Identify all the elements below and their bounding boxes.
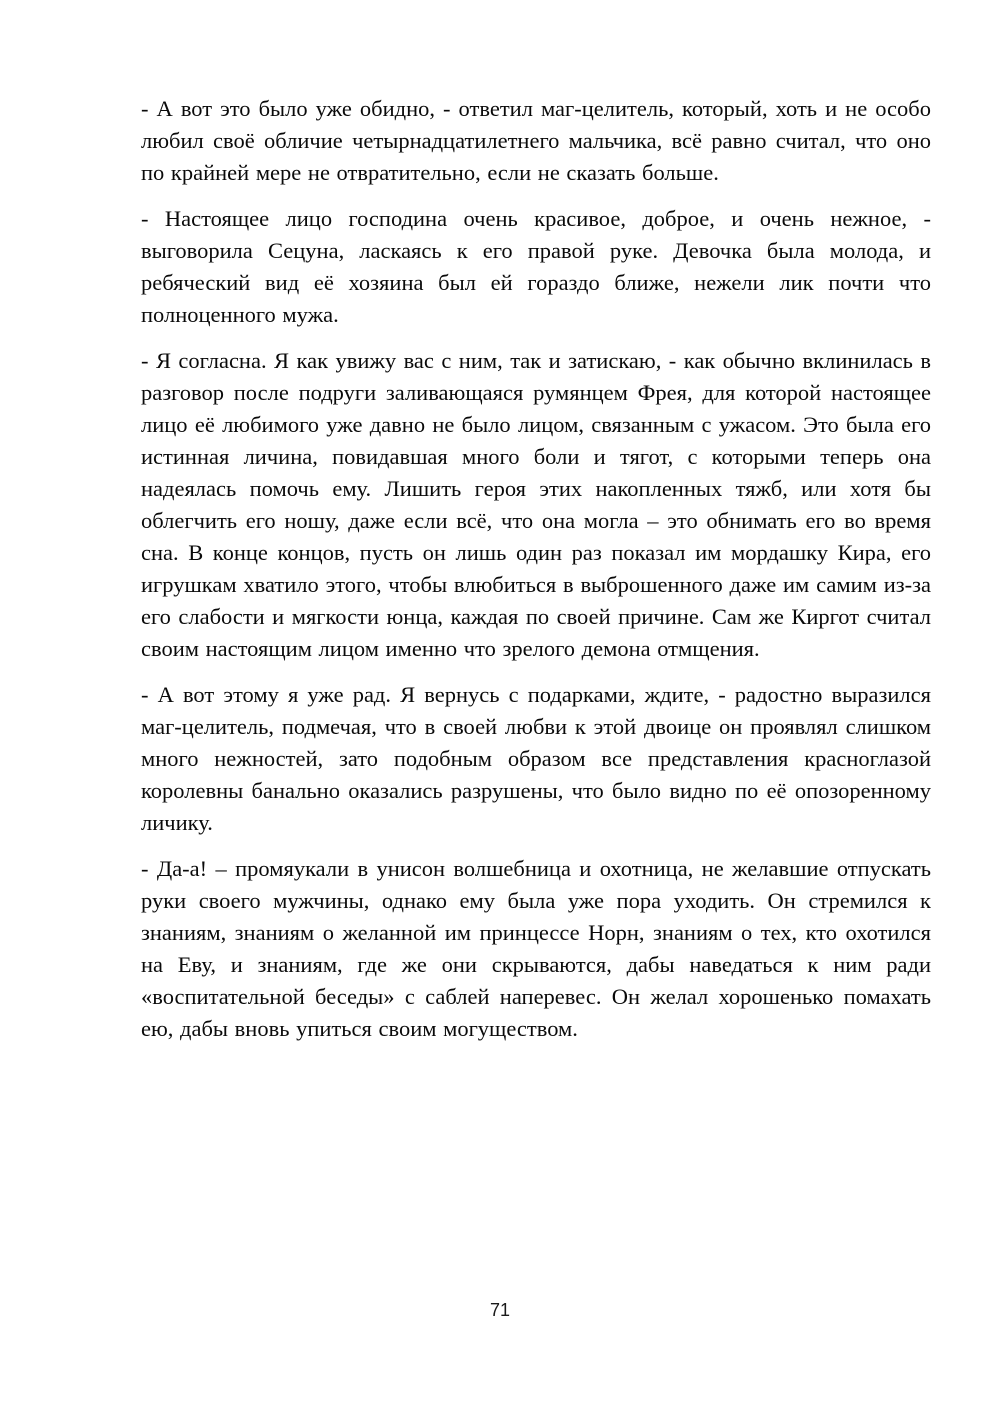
document-page: - А вот это было уже обидно, - ответил м… <box>0 0 1000 1414</box>
paragraph: - А вот этому я уже рад. Я вернусь с под… <box>141 679 931 839</box>
text-content: - А вот это было уже обидно, - ответил м… <box>141 93 931 1059</box>
paragraph: - А вот это было уже обидно, - ответил м… <box>141 93 931 189</box>
paragraph: - Я согласна. Я как увижу вас с ним, так… <box>141 345 931 665</box>
paragraph: - Да-а! – промяукали в унисон волшебница… <box>141 853 931 1045</box>
page-number: 71 <box>0 1300 1000 1321</box>
paragraph: - Настоящее лицо господина очень красиво… <box>141 203 931 331</box>
